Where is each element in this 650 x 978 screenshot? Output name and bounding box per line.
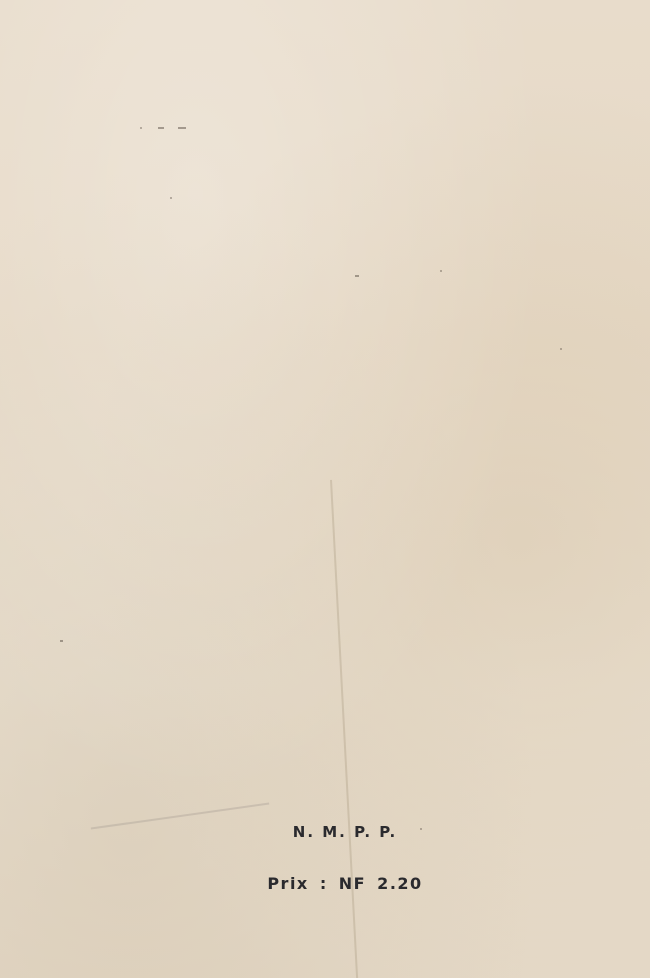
paper-crease bbox=[330, 480, 358, 978]
paper-speck bbox=[170, 197, 172, 199]
paper-speck bbox=[560, 348, 562, 350]
paper-speck bbox=[440, 270, 442, 272]
paper-speck bbox=[355, 275, 359, 277]
paper-speck bbox=[178, 127, 186, 129]
paper-speck bbox=[140, 127, 142, 129]
paper-speck bbox=[60, 640, 63, 642]
back-cover-page: N. M. P. P. Prix : NF 2.20 bbox=[0, 0, 650, 978]
paper-speck bbox=[158, 127, 164, 129]
distributor-imprint: N. M. P. P. bbox=[0, 823, 650, 841]
price-label: Prix : NF 2.20 bbox=[0, 874, 650, 893]
